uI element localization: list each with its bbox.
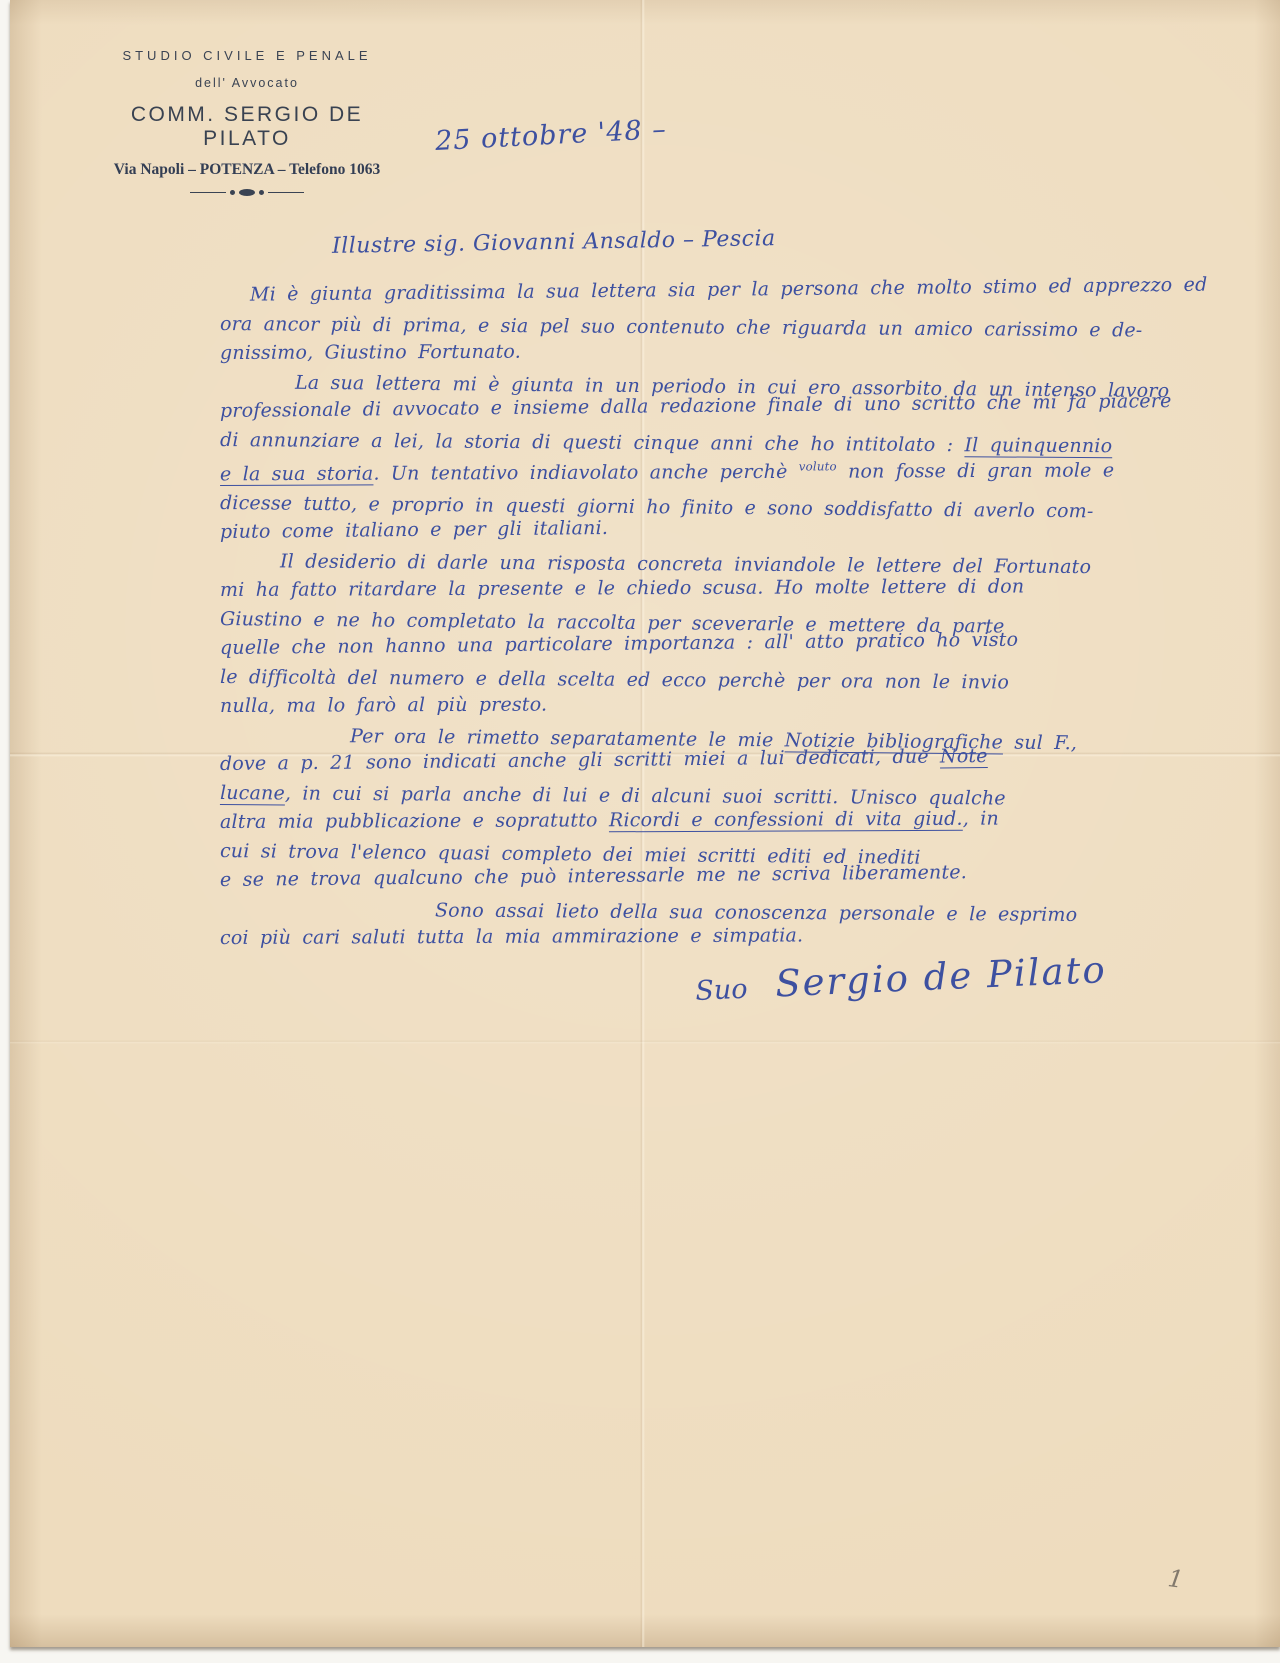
letter-text: e se ne trova qualcuno che può interessa… [220,862,967,892]
letter-line: gnissimo, Giustino Fortunato. [220,335,1180,368]
letter-line: Mi è giunta graditissima la sua lettera … [220,271,1180,310]
horizontal-fold-crease-2 [10,1040,1280,1044]
letter-date: 25 ottobre '48 – [434,114,667,157]
letter-text: gnissimo, Giustino Fortunato. [220,341,521,364]
signature: SuoSergio de Pilato [694,948,1107,1009]
letterhead-avvocato-line: dell' Avvocato [92,76,402,90]
letter-body: Mi è giunta graditissima la sua lettera … [220,281,1180,953]
divider-ornament-icon [92,189,402,196]
letter-text: mi ha fatto ritardare la presente e le c… [220,576,1024,602]
underlined-phrase: Ricordi e confessioni di vita giud. [609,808,963,832]
underlined-phrase: Note [940,745,988,767]
letterhead-name-line: COMM. SERGIO DE PILATO [92,103,402,151]
letter-line: mi ha fatto ritardare la presente e le c… [220,572,1180,605]
underlined-phrase: lucane [220,782,285,804]
ornament-dot-right [259,190,264,195]
letterhead: STUDIO CIVILE E PENALE dell' Avvocato CO… [92,48,402,196]
letter-text: nulla, ma lo farò al più presto. [220,694,547,717]
letter-line: coi più cari saluti tutta la mia ammiraz… [220,920,1180,953]
letterhead-studio-line: STUDIO CIVILE E PENALE [92,48,402,63]
letter-line: e la sua storia. Un tentativo indiavolat… [220,451,1180,490]
signature-name: Sergio de Pilato [774,948,1107,1005]
underlined-phrase: e la sua storia [220,463,374,486]
letter-line: altra mia pubblicazione e sopratutto Ric… [220,804,1180,837]
ornament-diamond [239,189,255,196]
inserted-word: voluto [799,459,837,473]
letterhead-address-line: Via Napoli – POTENZA – Telefono 1063 [92,161,402,179]
ornament-dot-left [230,190,235,195]
letter-text: . Un tentativo indiavolato anche perchè [373,461,798,485]
letter-text: non fosse di gran mole e [837,459,1115,482]
letter-text: coi più cari saluti tutta la mia ammiraz… [220,925,803,950]
letter-line: nulla, ma lo farò al più presto. [220,688,1180,721]
letter-text: dove a p. 21 sono indicati anche gli scr… [220,746,940,776]
letter-text: Mi è giunta graditissima la sua lettera … [250,274,1208,306]
letter-text: , in [963,808,999,830]
letter-salutation: Illustre sig. Giovanni Ansaldo – Pescia [332,226,776,259]
letter-text: professionale di avvocato e insieme dall… [220,390,1172,422]
letter-text: piuto come italiano e per gli italiani. [220,517,608,543]
signature-prefix: Suo [695,974,748,1007]
letter-page: STUDIO CIVILE E PENALE dell' Avvocato CO… [10,0,1280,1647]
ornament-line-left [190,192,226,193]
letter-text: quelle che non hanno una particolare imp… [220,629,1018,659]
ornament-line-right [268,192,304,193]
letter-text: altra mia pubblicazione e sopratutto [220,810,609,834]
page-number-pencil: 1 [1166,1564,1185,1594]
